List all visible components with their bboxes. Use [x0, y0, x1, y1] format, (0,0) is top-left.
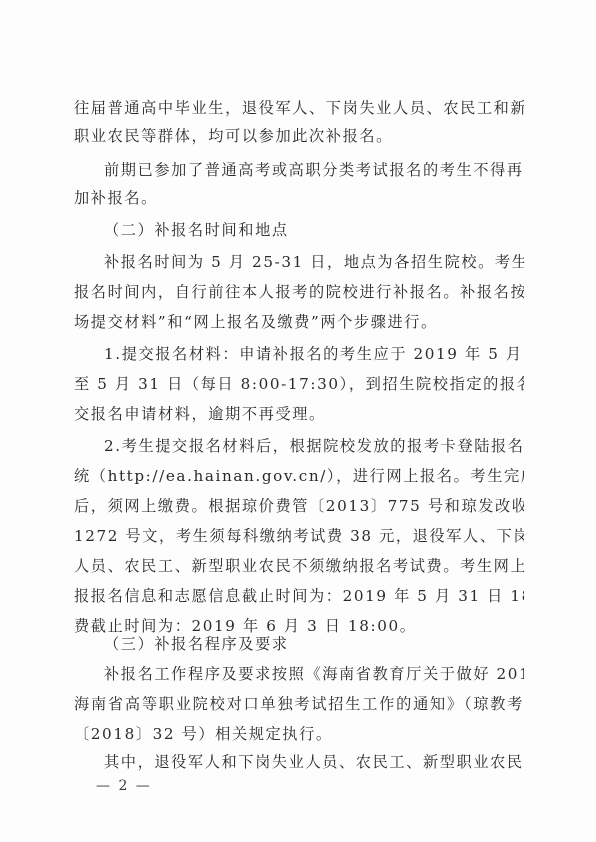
body-line: 往届普通高中毕业生，退役军人、下岗失业人员、农民工和新型	[74, 94, 524, 122]
body-line: 至 5 月 31 日（每日 8:00-17:30），到招生院校指定的报名地点提	[74, 370, 524, 398]
body-line: 前期已参加了普通高考或高职分类考试报名的考生不得再参	[104, 156, 524, 184]
body-line: 1272 号文，考生须每科缴纳考试费 38 元，退役军人、下岗失业	[74, 522, 524, 550]
body-line: 其中，退役军人和下岗失业人员、农民工、新型职业农民须	[104, 748, 524, 776]
body-line: 报报名信息和志愿信息截止时间为：2019 年 5 月 31 日 18:00，缴	[74, 582, 524, 610]
body-line: 加补报名。	[74, 184, 524, 212]
section-heading: （二）补报名时间和地点	[104, 216, 524, 244]
body-line: 场提交材料”和“网上报名及缴费”两个步骤进行。	[74, 308, 524, 336]
body-line: 〔2018〕32 号）相关规定执行。	[74, 720, 524, 748]
body-line: 2.考生提交报名材料后，根据院校发放的报考卡登陆报名系	[104, 432, 524, 460]
body-line: 统（http://ea.hainan.gov.cn/），进行网上报名。考生完成报…	[74, 462, 524, 490]
body-line: 人员、农民工、新型职业农民不须缴纳报名考试费。考生网上填	[74, 552, 524, 580]
body-line: 补报名工作程序及要求按照《海南省教育厅关于做好 2019 年	[104, 660, 524, 688]
section-heading: （三）补报名程序及要求	[104, 630, 524, 658]
page-number: — 2 —	[96, 778, 152, 794]
body-line: 1.提交报名材料：申请补报名的考生应于 2019 年 5 月 25 日	[104, 340, 524, 368]
body-line: 补报名时间为 5 月 25-31 日，地点为各招生院校。考生于补	[104, 248, 524, 276]
body-line: 海南省高等职业院校对口单独考试招生工作的通知》（琼教考	[74, 690, 524, 718]
body-line: 交报名申请材料，逾期不再受理。	[74, 400, 524, 428]
body-line: 报名时间内，自行前往本人报考的院校进行补报名。补报名按“现	[74, 278, 524, 306]
body-line: 后，须网上缴费。根据琼价费管〔2013〕775 号和琼发改收费〔2009〕	[74, 492, 524, 520]
document-page: 往届普通高中毕业生，退役军人、下岗失业人员、农民工和新型 职业农民等群体，均可以…	[0, 0, 596, 842]
body-line: 职业农民等群体，均可以参加此次补报名。	[74, 122, 524, 150]
